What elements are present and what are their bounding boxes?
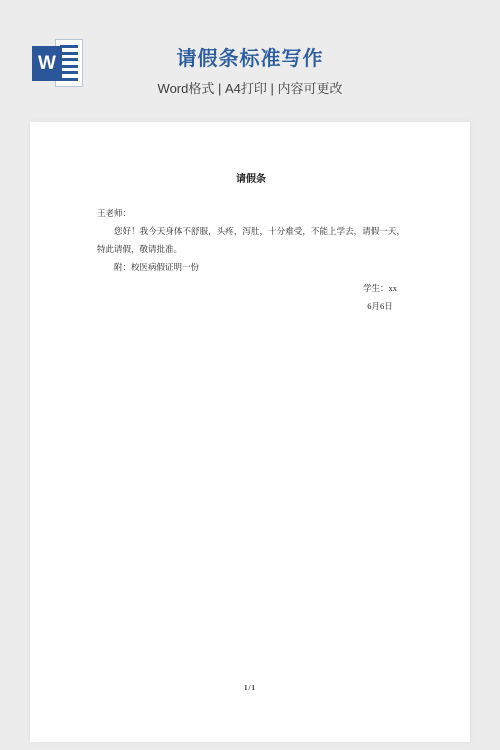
document-content: 请假条 王老师： 您好！我今天身体不舒服，头疼，泻肚，十分难受，不能上学去，请假… [97,174,405,315]
attachment-line: 附：校医病假证明一份 [97,258,405,276]
document-page-preview: 请假条 王老师： 您好！我今天身体不舒服，头疼，泻肚，十分难受，不能上学去，请假… [30,122,470,742]
salutation-line: 王老师： [97,204,405,222]
body-paragraph: 您好！我今天身体不舒服，头疼，泻肚，十分难受，不能上学去，请假一天，特此请假，敬… [97,222,405,258]
signature-line: 学生：xx [363,279,397,297]
page-subtitle: Word格式 | A4打印 | 内容可更改 [0,78,500,97]
page-number: 1/1 [30,684,470,692]
header: W 请假条标准写作 Word格式 | A4打印 | 内容可更改 [0,0,500,122]
page-title: 请假条标准写作 [0,42,500,71]
signature-block: 学生：xx 6月6日 [97,279,405,315]
date-line: 6月6日 [363,297,397,315]
document-title: 请假条 [97,174,405,186]
